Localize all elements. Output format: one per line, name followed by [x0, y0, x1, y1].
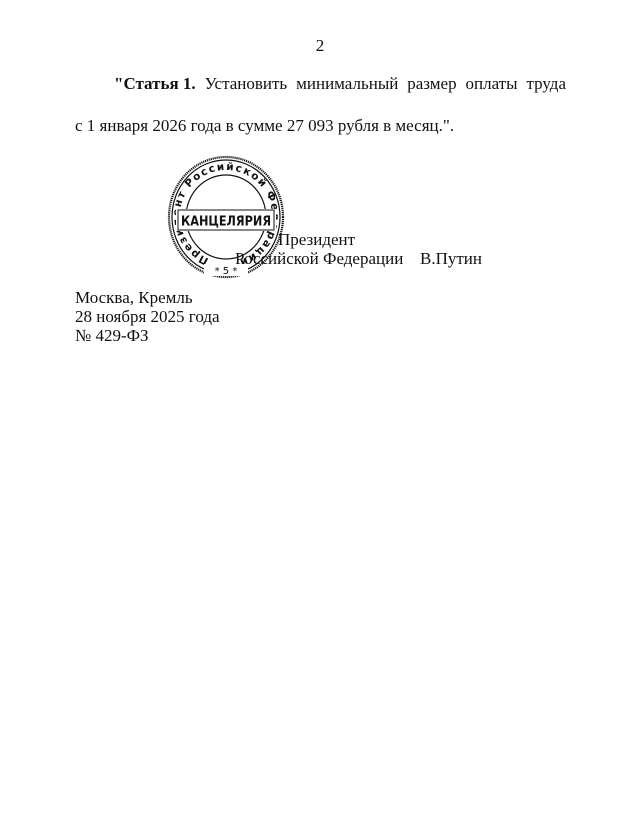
signing-date: 28 ноября 2025 года	[75, 307, 220, 326]
signing-details: Москва, Кремль 28 ноября 2025 года № 429…	[75, 288, 220, 345]
page-number: 2	[0, 36, 640, 56]
article-label: "Статья 1.	[114, 74, 196, 94]
article-second-line: с 1 января 2026 года в сумме 27 093 рубл…	[75, 116, 454, 136]
signing-place: Москва, Кремль	[75, 288, 220, 307]
law-number: № 429-ФЗ	[75, 326, 220, 345]
stamp-center-text: КАНЦЕЛЯРИЯ	[181, 215, 271, 230]
signatory-name: В.Путин	[420, 249, 482, 269]
article-first-line: "Статья 1. Установить минимальный размер…	[114, 74, 566, 94]
document-page: 2 "Статья 1. Установить минимальный разм…	[0, 0, 640, 824]
article-word: оплаты	[466, 74, 518, 94]
signatory-title-line2: Российской Федерации	[235, 249, 403, 269]
signatory-title-line1: Президент	[278, 230, 355, 250]
stamp-bottom-text: * 5 *	[215, 266, 238, 277]
article-word: Установить	[205, 74, 288, 94]
article-word: минимальный	[296, 74, 398, 94]
article-word: труда	[526, 74, 566, 94]
article-word: размер	[407, 74, 456, 94]
